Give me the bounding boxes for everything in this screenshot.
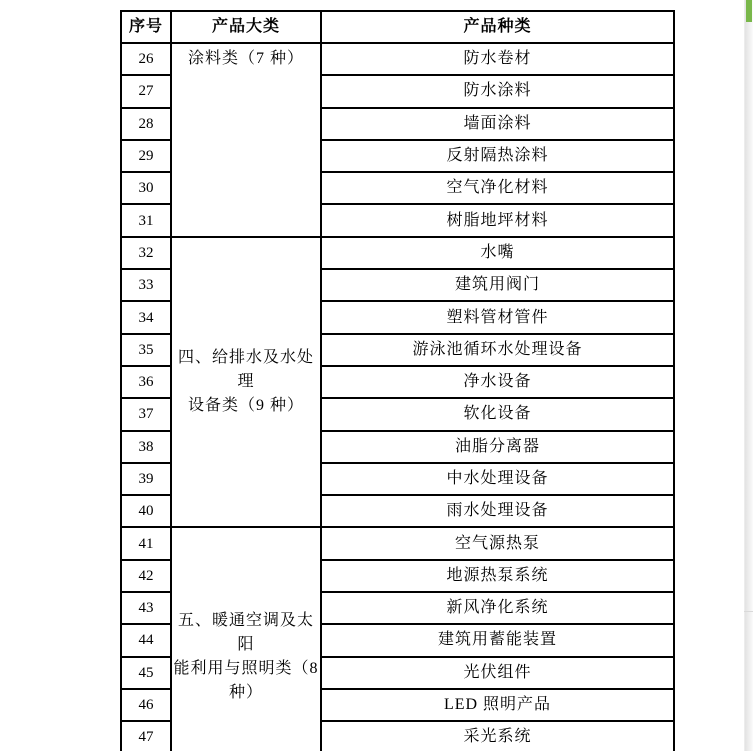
serial-number-cell: 28 [121, 108, 171, 140]
product-category-cell: 四、给排水及水处理 设备类（9 种） [171, 237, 321, 528]
serial-number-cell: 35 [121, 334, 171, 366]
product-type-cell: 游泳池循环水处理设备 [321, 334, 674, 366]
product-type-cell: 防水涂料 [321, 75, 674, 107]
header-serial-number: 序号 [121, 11, 171, 43]
header-product-type: 产品种类 [321, 11, 674, 43]
table-row: 32四、给排水及水处理 设备类（9 种）水嘴 [121, 237, 674, 269]
serial-number-cell: 36 [121, 366, 171, 398]
serial-number-cell: 46 [121, 689, 171, 721]
serial-number-cell: 37 [121, 398, 171, 430]
product-type-cell: 中水处理设备 [321, 463, 674, 495]
serial-number-cell: 42 [121, 560, 171, 592]
serial-number-cell: 30 [121, 172, 171, 204]
product-type-cell: 采光系统 [321, 721, 674, 751]
product-type-cell: 净水设备 [321, 366, 674, 398]
product-type-cell: 树脂地坪材料 [321, 204, 674, 236]
product-type-cell: 油脂分离器 [321, 431, 674, 463]
serial-number-cell: 33 [121, 269, 171, 301]
serial-number-cell: 40 [121, 495, 171, 527]
product-category-cell: 五、暖通空调及太阳 能利用与照明类（8 种） [171, 527, 321, 751]
scrollbar-thumb[interactable] [746, 0, 752, 22]
product-type-cell: 空气源热泵 [321, 527, 674, 559]
header-product-category: 产品大类 [171, 11, 321, 43]
serial-number-cell: 26 [121, 43, 171, 75]
serial-number-cell: 44 [121, 624, 171, 656]
product-category-cell: 涂料类（7 种） [171, 43, 321, 237]
serial-number-cell: 45 [121, 657, 171, 689]
product-type-cell: 地源热泵系统 [321, 560, 674, 592]
table-row: 26涂料类（7 种）防水卷材 [121, 43, 674, 75]
serial-number-cell: 38 [121, 431, 171, 463]
product-type-cell: 墙面涂料 [321, 108, 674, 140]
table-row: 41五、暖通空调及太阳 能利用与照明类（8 种）空气源热泵 [121, 527, 674, 559]
product-type-cell: 塑料管材管件 [321, 301, 674, 333]
serial-number-cell: 34 [121, 301, 171, 333]
serial-number-cell: 27 [121, 75, 171, 107]
product-type-cell: 软化设备 [321, 398, 674, 430]
product-type-cell: 反射隔热涂料 [321, 140, 674, 172]
serial-number-cell: 32 [121, 237, 171, 269]
product-type-cell: 光伏组件 [321, 657, 674, 689]
products-table: 序号 产品大类 产品种类 26涂料类（7 种）防水卷材27防水涂料28墙面涂料2… [120, 10, 675, 751]
serial-number-cell: 47 [121, 721, 171, 751]
product-type-cell: 空气净化材料 [321, 172, 674, 204]
product-type-cell: 建筑用阀门 [321, 269, 674, 301]
product-type-cell: 防水卷材 [321, 43, 674, 75]
serial-number-cell: 41 [121, 527, 171, 559]
serial-number-cell: 29 [121, 140, 171, 172]
product-type-cell: LED 照明产品 [321, 689, 674, 721]
serial-number-cell: 31 [121, 204, 171, 236]
table-header-row: 序号 产品大类 产品种类 [121, 11, 674, 43]
serial-number-cell: 39 [121, 463, 171, 495]
product-type-cell: 雨水处理设备 [321, 495, 674, 527]
serial-number-cell: 43 [121, 592, 171, 624]
product-type-cell: 建筑用蓄能装置 [321, 624, 674, 656]
scrollbar-track[interactable] [744, 0, 753, 751]
product-type-cell: 新风净化系统 [321, 592, 674, 624]
table-body: 26涂料类（7 种）防水卷材27防水涂料28墙面涂料29反射隔热涂料30空气净化… [121, 43, 674, 751]
scrollbar-divider [744, 611, 753, 612]
product-type-cell: 水嘴 [321, 237, 674, 269]
document-page: { "page": { "background": "#ffffff", "te… [0, 0, 753, 751]
